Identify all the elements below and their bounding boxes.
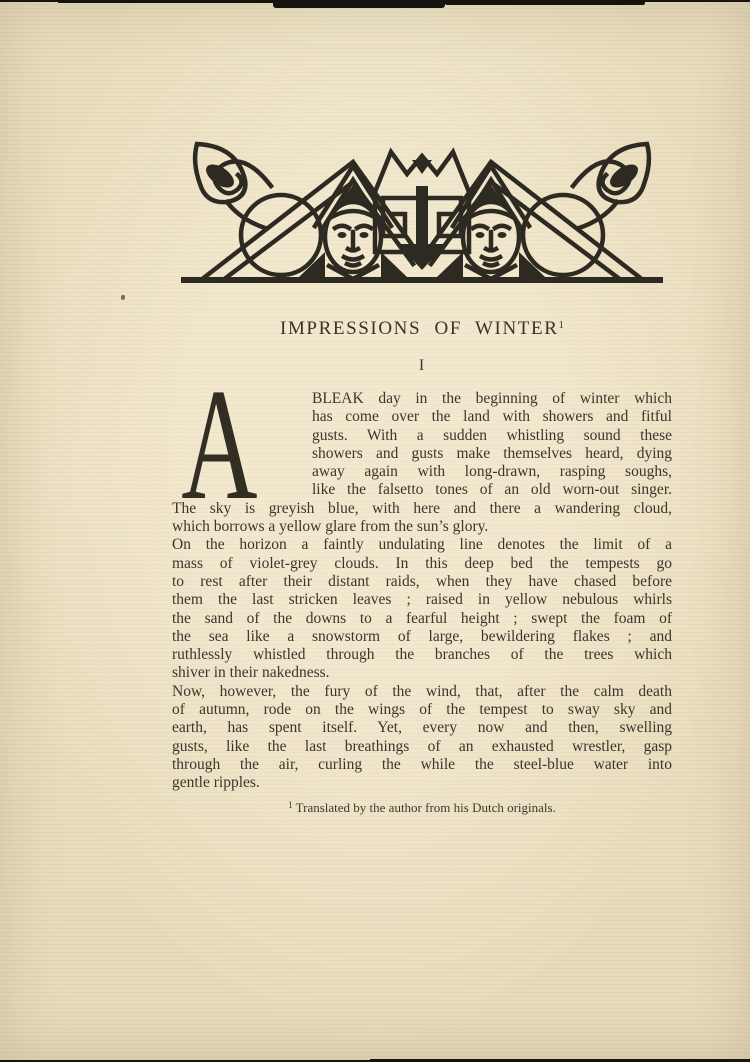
footnote-text: Translated by the author from his Dutch …: [296, 800, 556, 815]
text-line: mass of violet-grey clouds. In this deep…: [172, 555, 672, 573]
page-title: IMPRESSIONS OF WINTER1: [172, 318, 672, 340]
text-line: shiver in their nakedness.: [172, 664, 672, 682]
text-line: the sea like a snowstorm of large, bewil…: [172, 628, 672, 646]
text-line: gusts, like the last breathings of an ex…: [172, 738, 672, 756]
footnote-marker: 1: [288, 800, 293, 810]
text-line: them the last stricken leaves ; raised i…: [172, 591, 672, 609]
text-block: IMPRESSIONS OF WINTER1 I A BLEAK day in …: [172, 0, 672, 816]
text-line: earth, has spent itself. Yet, every now …: [172, 719, 672, 737]
text-line: the sand of the downs to a fearful heigh…: [172, 610, 672, 628]
paragraph-wind: Now, however, the fury of the wind, that…: [172, 683, 672, 793]
paper-speck: [121, 295, 125, 300]
body-text: A BLEAK day in the beginning of winter w…: [172, 390, 672, 793]
page-title-text: IMPRESSIONS OF WINTER: [280, 318, 558, 339]
text-line: ruthlessly whistled through the branches…: [172, 646, 672, 664]
paragraph-opening: A BLEAK day in the beginning of winter w…: [172, 390, 672, 500]
headpiece-ornament-icon: [179, 140, 665, 286]
text-line: gentle ripples.: [172, 774, 672, 792]
title-footnote-marker: 1: [558, 319, 564, 331]
footnote: 1Translated by the author from his Dutch…: [172, 800, 672, 816]
paragraph-horizon: On the horizon a faintly undulating line…: [172, 536, 672, 682]
text-line: On the horizon a faintly undulating line…: [172, 536, 672, 554]
drop-cap: A: [172, 392, 249, 498]
book-page-scan: IMPRESSIONS OF WINTER1 I A BLEAK day in …: [0, 0, 750, 1062]
text-line: of autumn, rode on the wings of the temp…: [172, 701, 672, 719]
text-line: Now, however, the fury of the wind, that…: [172, 683, 672, 701]
text-line: to rest after their distant raids, when …: [172, 573, 672, 591]
text-line: through the air, curling the while the s…: [172, 756, 672, 774]
